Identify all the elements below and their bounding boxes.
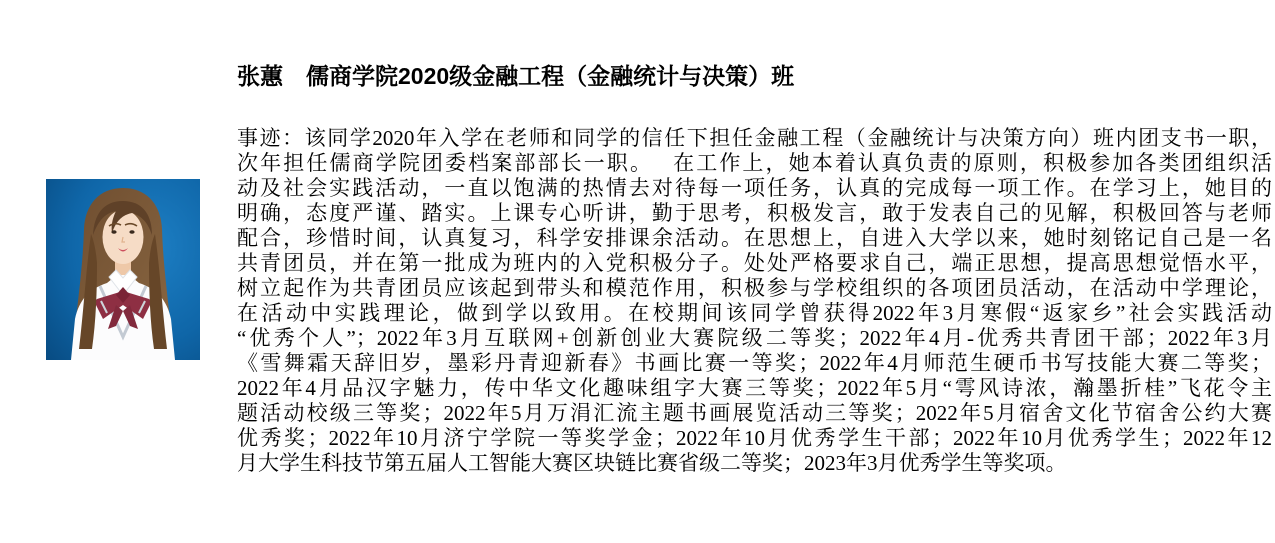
bio-line: 题活动校级三等奖；2022年5月万涓汇流主题书画展览活动三等奖；2022年5月宿… bbox=[237, 401, 1272, 426]
bio-line: 动及社会实践活动，一直以饱满的热情去对待每一项任务，认真的完成每一项工作。在学习… bbox=[237, 176, 1272, 201]
bio-line: 事迹：该同学2020年入学在老师和同学的信任下担任金融工程（金融统计与决策方向）… bbox=[237, 126, 1272, 151]
page-title: 张蕙 儒商学院2020级金融工程（金融统计与决策）班 bbox=[237, 61, 794, 91]
bio-line: 2022年4月品汉字魅力，传中华文化趣味组字大赛三等奖；2022年5月“雩风诗浓… bbox=[237, 376, 1272, 401]
bio-line: 《雪舞霜天辞旧岁，墨彩丹青迎新春》书画比赛一等奖；2022年4月师范生硬币书写技… bbox=[237, 351, 1272, 376]
student-photo bbox=[46, 179, 200, 360]
bio-line: 树立起作为共青团员应该起到带头和模范作用，积极参与学校组织的各项团员活动，在活动… bbox=[237, 276, 1272, 301]
bio-line: 月大学生科技节第五届人工智能大赛区块链比赛省级二等奖；2023年3月优秀学生等奖… bbox=[237, 451, 1272, 476]
bio-line: 共青团员，并在第一批成为班内的入党积极分子。处处严格要求自己，端正思想，提高思想… bbox=[237, 251, 1272, 276]
bio-line: 在活动中实践理论，做到学以致用。在校期间该同学曾获得2022年3月寒假“返家乡”… bbox=[237, 301, 1272, 326]
biography-text: 事迹：该同学2020年入学在老师和同学的信任下担任金融工程（金融统计与决策方向）… bbox=[237, 126, 1272, 476]
bio-line: 配合，珍惜时间，认真复习，科学安排课余活动。在思想上，自进入大学以来，她时刻铭记… bbox=[237, 226, 1272, 251]
document-page: 张蕙 儒商学院2020级金融工程（金融统计与决策）班 事迹：该同学2020年入学… bbox=[0, 0, 1275, 543]
student-photo-graphic bbox=[46, 179, 200, 360]
bio-line: 次年担任儒商学院团委档案部部长一职。 在工作上，她本着认真负责的原则，积极参加各… bbox=[237, 151, 1272, 176]
bio-line: 明确，态度严谨、踏实。上课专心听讲，勤于思考，积极发言，敢于发表自己的见解，积极… bbox=[237, 201, 1272, 226]
bio-line: 优秀奖；2022年10月济宁学院一等奖学金；2022年10月优秀学生干部；202… bbox=[237, 426, 1272, 451]
bio-line: “优秀个人”；2022年3月互联网+创新创业大赛院级二等奖；2022年4月-优秀… bbox=[237, 326, 1272, 351]
